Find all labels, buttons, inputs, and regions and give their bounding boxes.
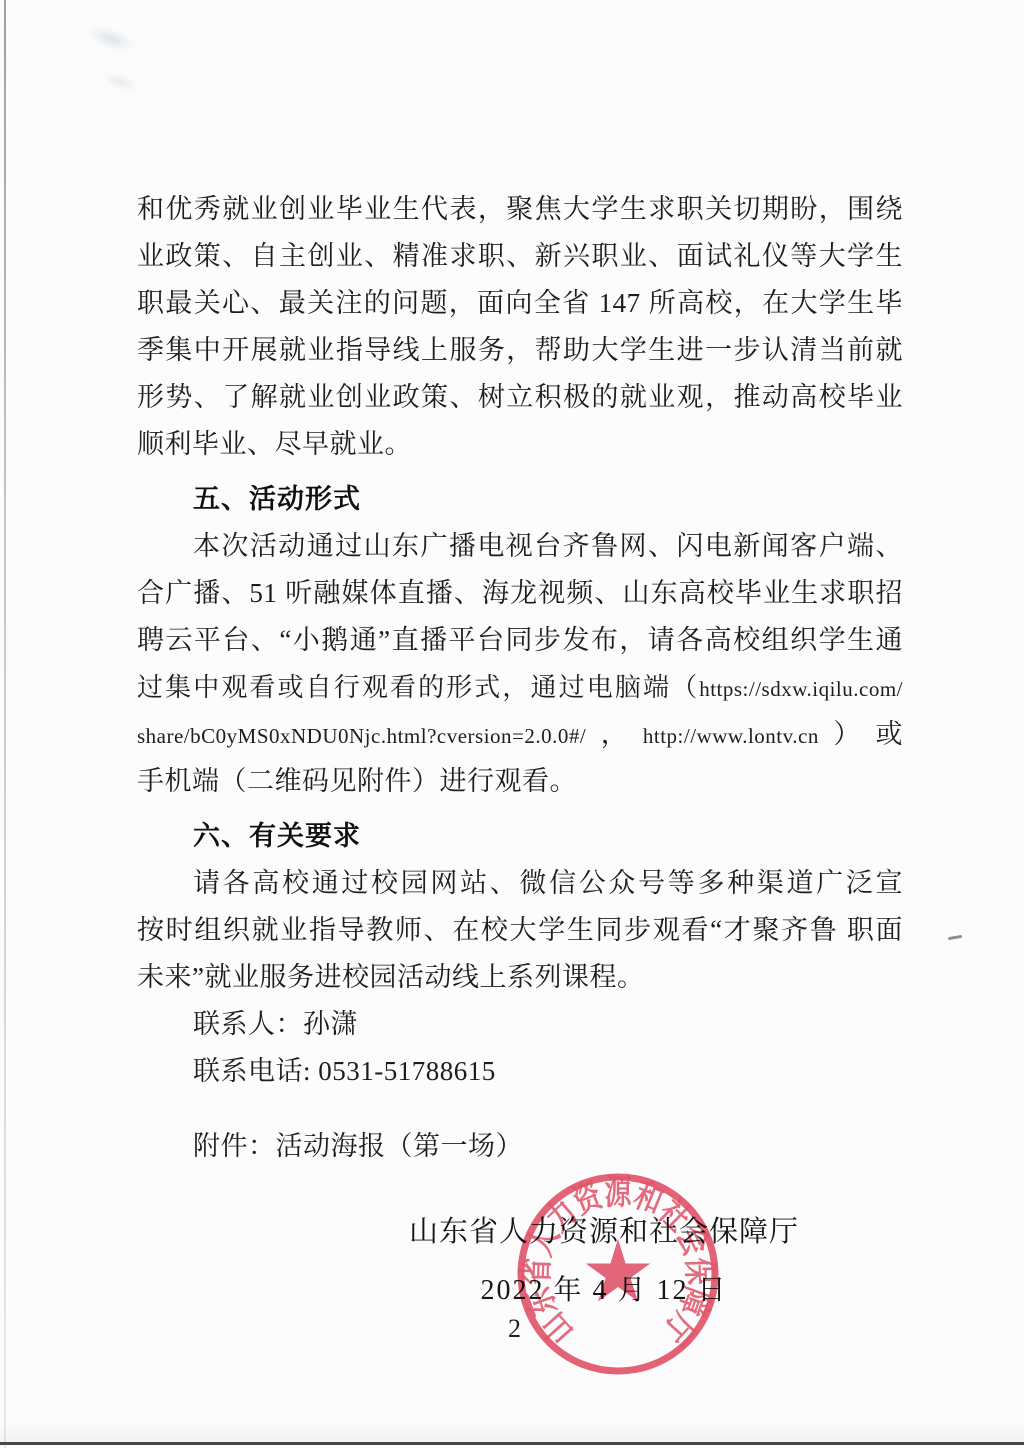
scan-shadow-bottom bbox=[0, 1420, 1024, 1442]
text-segment: ， bbox=[586, 719, 643, 749]
text-line: 六、有关要求 bbox=[137, 813, 903, 860]
document-body: 和优秀就业创业毕业生代表，聚焦大学生求职关切期盼，围绕就业政策、自主创业、精准求… bbox=[137, 186, 903, 1170]
text-line: 聘云平台、“小鹅通”直播平台同步发布，请各高校组织学生通 bbox=[137, 617, 903, 664]
seal-text-char: 保 bbox=[680, 1257, 720, 1285]
text-line: 顺利毕业、尽早就业。 bbox=[137, 421, 903, 468]
text-segment: ）或 bbox=[819, 719, 903, 749]
text-line: 合广播、51 听融媒体直播、海龙视频、山东高校毕业生求职招 bbox=[137, 570, 903, 617]
text-line: 联系电话: 0531-51788615 bbox=[137, 1048, 903, 1095]
text-line: 未来”就业服务进校园活动线上系列课程。 bbox=[137, 954, 903, 1001]
text-line: share/bC0yMS0xNDU0Njc.html?cversion=2.0.… bbox=[137, 711, 903, 758]
text-segment: http://www.lontv.cn bbox=[643, 724, 819, 748]
seal-star bbox=[586, 1239, 651, 1302]
text-segment: 过集中观看或自行观看的形式，通过电脑端（ bbox=[137, 673, 699, 702]
text-line: 附件：活动海报（第一场） bbox=[137, 1123, 903, 1170]
seal-text-char: 省 bbox=[516, 1257, 556, 1285]
text-line: 按时组织就业指导教师、在校大学生同步观看“才聚齐鲁 职面 bbox=[137, 907, 903, 954]
text-segment: https://sdxw.iqilu.com/ bbox=[699, 677, 903, 701]
text-segment: share/bC0yMS0xNDU0Njc.html?cversion=2.0.… bbox=[137, 724, 586, 748]
text-line: 五、活动形式 bbox=[137, 476, 903, 523]
text-line: 形势、了解就业创业政策、树立积极的就业观，推动高校毕业生 bbox=[137, 374, 903, 421]
text-line: 过集中观看或自行观看的形式，通过电脑端（https://sdxw.iqilu.c… bbox=[137, 664, 903, 711]
text-line: 和优秀就业创业毕业生代表，聚焦大学生求职关切期盼，围绕就 bbox=[137, 186, 903, 233]
text-line: 业政策、自主创业、精准求职、新兴职业、面试礼仪等大学生求 bbox=[137, 233, 903, 280]
text-line: 请各高校通过校园网站、微信公众号等多种渠道广泛宣传， bbox=[137, 860, 903, 907]
text-line: 手机端（二维码见附件）进行观看。 bbox=[137, 758, 903, 805]
text-line: 本次活动通过山东广播电视台齐鲁网、闪电新闻客户端、综 bbox=[137, 523, 903, 570]
scan-edge-left bbox=[4, 0, 6, 1448]
scan-smudge bbox=[42, 0, 168, 121]
text-line: 季集中开展就业指导线上服务，帮助大学生进一步认清当前就业 bbox=[137, 327, 903, 374]
text-line: 联系人：孙潇 bbox=[137, 1001, 903, 1048]
scan-stray-mark bbox=[948, 935, 962, 940]
official-seal: 山东省人力资源和社会保障厅 bbox=[512, 1168, 724, 1380]
document-page: 和优秀就业创业毕业生代表，聚焦大学生求职关切期盼，围绕就业政策、自主创业、精准求… bbox=[0, 0, 1024, 1448]
seal-text-char: 源 bbox=[605, 1173, 633, 1212]
text-line: 职最关心、最关注的问题，面向全省 147 所高校，在大学生毕业 bbox=[137, 280, 903, 327]
scan-edge-bottom bbox=[0, 1442, 1024, 1445]
